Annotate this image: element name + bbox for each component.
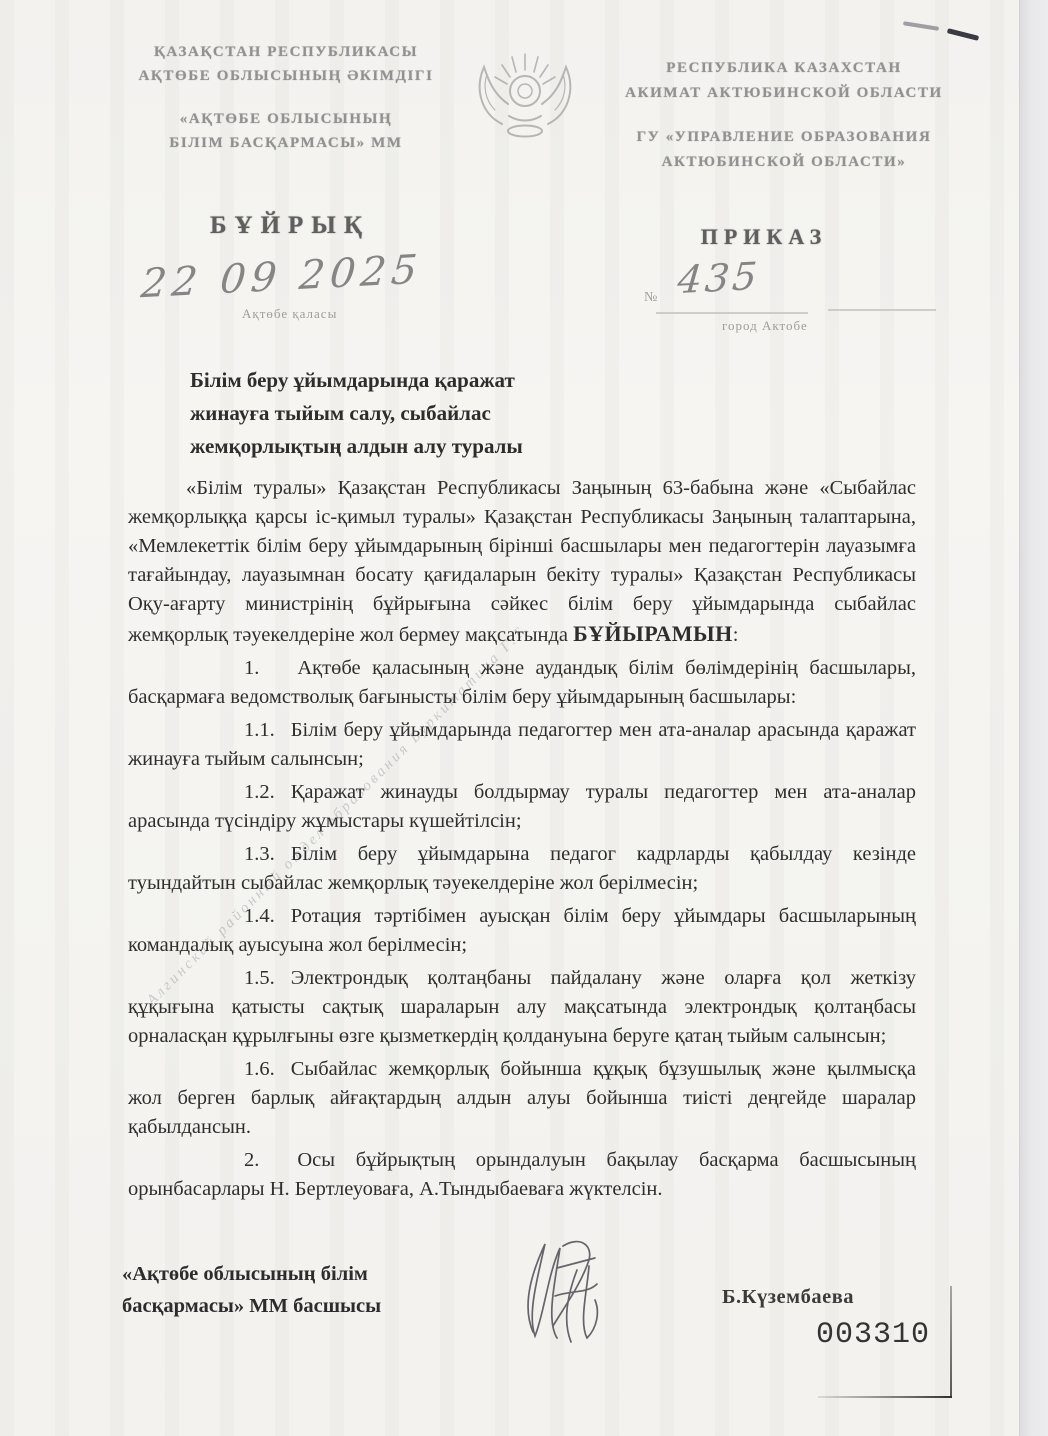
staple-mark-icon (947, 28, 979, 41)
scan-edge (1019, 0, 1048, 1436)
preamble-text: «Білім туралы» Қазақстан Республикасы За… (128, 477, 916, 646)
order-subject: Білім беру ұйымдарында қаражат жинауға т… (190, 364, 630, 463)
corner-frame-line (818, 1396, 952, 1398)
order-item: 1.3.Білім беру ұйымдарына педагог кадрла… (128, 840, 916, 898)
handwritten-order-number: 435 (676, 254, 762, 302)
item-number: 1.1. (186, 716, 291, 745)
preamble-colon: : (733, 624, 739, 646)
item-number: 1.6. (186, 1055, 291, 1084)
order-word-russian: ПРИКАЗ (652, 224, 876, 250)
org-line: «АҚТӨБЕ ОБЛЫСЫНЫҢ (128, 107, 444, 131)
subject-line: жемқорлықтың алдын алу туралы (190, 430, 630, 463)
signatory-name: Б.Күзембаева (722, 1286, 854, 1309)
org-line: РЕСПУБЛИКА КАЗАХСТАН (624, 56, 944, 81)
org-line: АҚТӨБЕ ОБЛЫСЫНЫҢ ӘКІМДІГІ (128, 64, 444, 88)
header-org-kazakh: ҚАЗАҚСТАН РЕСПУБЛИКАСЫ АҚТӨБЕ ОБЛЫСЫНЫҢ … (128, 40, 444, 155)
item-number: 1.5. (186, 964, 291, 993)
org-line: АКИМАТ АКТЮБИНСКОЙ ОБЛАСТИ (624, 81, 944, 106)
order-item: 1.4.Ротация тәртібімен ауысқан білім бер… (128, 902, 916, 960)
kazakhstan-coat-of-arms-icon (462, 36, 588, 163)
staple-mark-icon (903, 21, 939, 31)
signature-scribble-icon (505, 1232, 620, 1357)
order-item: 1.Ақтөбе қаласының және аудандық білім б… (128, 654, 916, 712)
order-item: 2.Осы бұйрықтың орындалуын бақылау басқа… (128, 1146, 916, 1204)
item-number: 1.4. (186, 902, 291, 931)
signatory-position-line: басқармасы» ММ басшысы (122, 1290, 452, 1322)
header-org-russian: РЕСПУБЛИКА КАЗАХСТАН АКИМАТ АКТЮБИНСКОЙ … (624, 56, 944, 175)
org-line: АКТЮБИНСКОЙ ОБЛАСТИ» (624, 150, 944, 175)
order-word-kazakh: БҰЙРЫҚ (172, 212, 408, 240)
subject-line: жинауға тыйым салу, сыбайлас (190, 397, 630, 430)
place-caption-kazakh: Ақтөбе қаласы (242, 306, 337, 322)
corner-frame-line (950, 1286, 952, 1396)
order-item: 1.2.Қаражат жинауды болдырмау туралы пед… (128, 778, 916, 836)
org-line: ГУ «УПРАВЛЕНИЕ ОБРАЗОВАНИЯ (624, 125, 944, 150)
order-body: «Білім туралы» Қазақстан Республикасы За… (128, 474, 916, 1208)
subject-line: Білім беру ұйымдарында қаражат (190, 364, 630, 397)
preamble-paragraph: «Білім туралы» Қазақстан Республикасы За… (128, 474, 916, 650)
number-underline (656, 312, 808, 314)
item-number: 1.3. (186, 840, 291, 869)
item-number: 1.2. (186, 778, 291, 807)
number-underline (828, 309, 936, 311)
document-number-stamp: 003310 (816, 1318, 930, 1352)
item-number: 1. (186, 654, 297, 683)
org-line: БІЛІМ БАСҚАРМАСЫ» ММ (128, 131, 444, 155)
item-number: 2. (186, 1146, 297, 1175)
order-item: 1.1.Білім беру ұйымдарында педагогтер ме… (128, 716, 916, 774)
decree-word: БҰЙЫРАМЫН (573, 621, 733, 646)
order-item: 1.6.Сыбайлас жемқорлық бойынша құқық бұз… (128, 1055, 916, 1142)
signatory-position-line: «Ақтөбе облысының білім (122, 1258, 452, 1290)
order-item: 1.5.Электрондық қолтаңбаны пайдалану жән… (128, 964, 916, 1051)
signatory-position: «Ақтөбе облысының білім басқармасы» ММ б… (122, 1258, 452, 1322)
handwritten-date: 22 09 2025 (139, 247, 424, 308)
place-caption-russian: город Актобе (722, 318, 808, 334)
org-line: ҚАЗАҚСТАН РЕСПУБЛИКАСЫ (128, 40, 444, 64)
number-sign: № (644, 290, 657, 306)
